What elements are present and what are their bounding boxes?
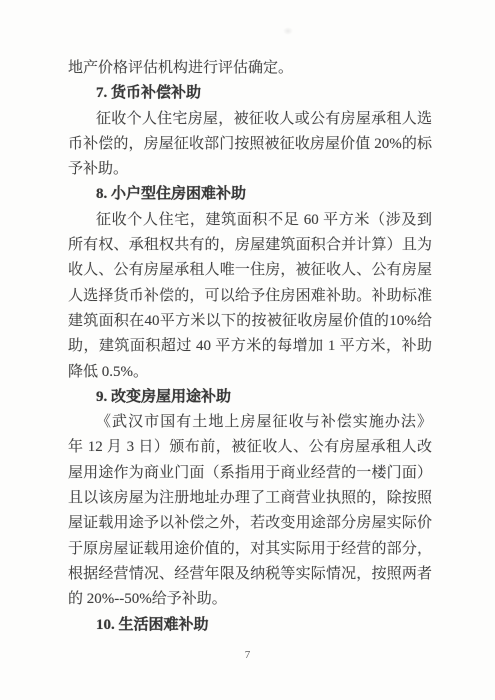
text-line: 屋证载用途予以补偿之外，若改变用途部分房屋实际价值高 [68,511,432,536]
text-line: 所有权、承租权共有的，房屋建筑面积合并计算）且为被征 [68,233,432,258]
paragraph: 《武汉市国有土地上房屋征收与补偿实施办法》（2012 年 12 月 3 日）颁布… [68,410,432,612]
text-line: 人选择货币补偿的，可以给予住房困难补助。补助标准为： [68,284,432,309]
text-line: 征收个人住宅房屋，被征收人或公有房屋承租人选择货 [68,107,432,132]
page-number: 7 [0,649,495,661]
text-line: 收人、公有房屋承租人唯一住房，被征收人、公有房屋承租 [68,258,432,283]
text-line: 征收个人住宅，建筑面积不足 60 平方米（涉及到房屋 [68,208,432,233]
text-line: 年 12 月 3 日）颁布前，被征收人、公有房屋承租人改变房 [68,435,432,460]
scan-artifact [283,27,293,35]
text-line: 地产价格评估机构进行评估确定。 [68,56,432,81]
section-heading-8: 8. 小户型住房困难补助 [68,182,432,207]
text-line: 且以该房屋为注册地址办理了工商营业执照的，除按照原房 [68,486,432,511]
paragraph: 征收个人住宅，建筑面积不足 60 平方米（涉及到房屋 所有权、承租权共有的，房屋… [68,208,432,385]
text-line: 《武汉市国有土地上房屋征收与补偿实施办法》（2012 [68,410,432,435]
text-line: 予补助。 [68,157,432,182]
text-line: 于原房屋证载用途价值的，对其实际用于经营的部分，可以 [68,537,432,562]
paragraph: 地产价格评估机构进行评估确定。 [68,56,432,81]
text-line: 的 20%--50%给予补助。 [68,587,432,612]
text-line: 屋用途作为商业门面（系指用于商业经营的一楼门面）使用， [68,461,432,486]
document-text-block: 地产价格评估机构进行评估确定。 7. 货币补偿补助 征收个人住宅房屋，被征收人或… [68,56,432,638]
scanned-document-page: 地产价格评估机构进行评估确定。 7. 货币补偿补助 征收个人住宅房屋，被征收人或… [0,0,495,700]
text-line: 币补偿的，房屋征收部门按照被征收房屋价值 20%的标准给 [68,132,432,157]
section-heading-7: 7. 货币补偿补助 [68,81,432,106]
section-heading-10: 10. 生活困难补助 [68,613,432,638]
text-line: 降低 0.5%。 [68,360,432,385]
text-line: 助，建筑面积超过 40 平方米的每增加 1 平方米，补助标准 [68,334,432,359]
text-line: 根据经营情况、经营年限及纳税等实际情况，按照两者价差 [68,562,432,587]
paragraph: 征收个人住宅房屋，被征收人或公有房屋承租人选择货 币补偿的，房屋征收部门按照被征… [68,107,432,183]
section-heading-9: 9. 改变房屋用途补助 [68,385,432,410]
text-line: 建筑面积在40平方米以下的按被征收房屋价值的10%给予补 [68,309,432,334]
